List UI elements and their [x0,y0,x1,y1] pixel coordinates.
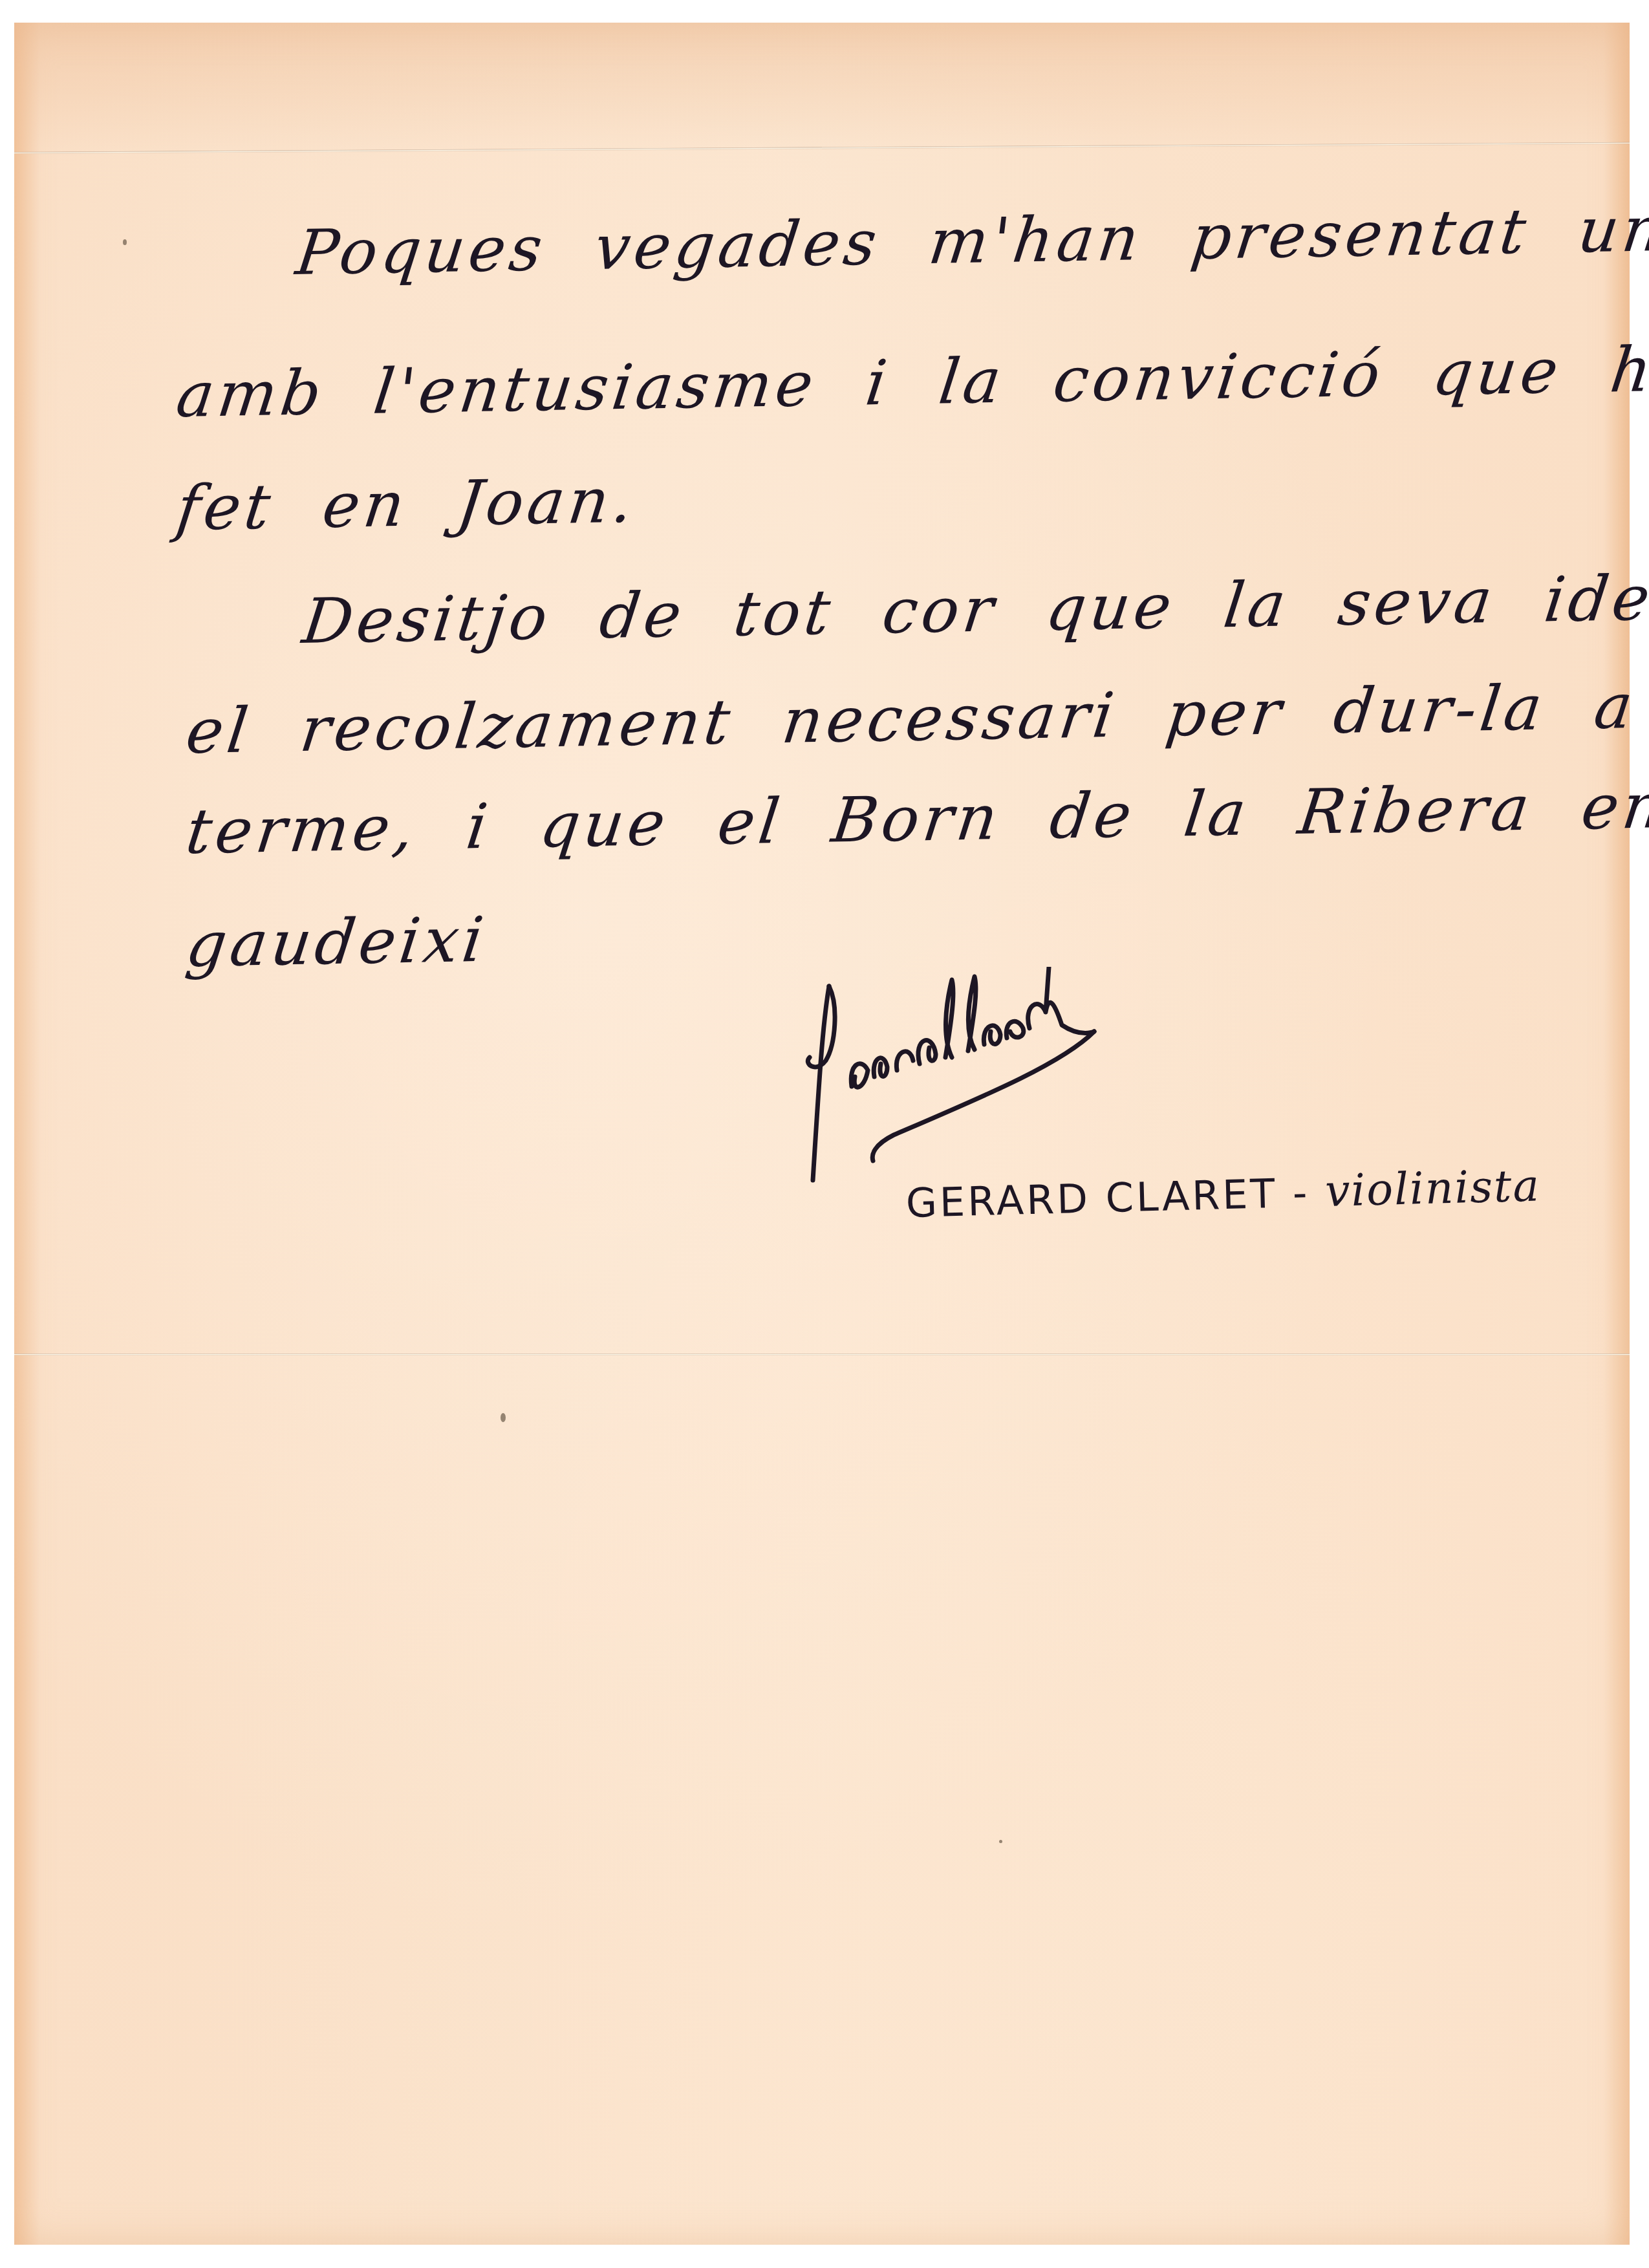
ink-speck [123,239,127,245]
letter-line-2: amb l'entusiasme i la convicció que ho h… [173,330,1649,431]
letter-line-4: Desitjo de tot cor que la seva idea trob… [299,557,1649,658]
signer-role: violinista [1324,1160,1541,1217]
letter-line-7: gaudeixi [182,903,491,981]
name-role-separator: - [1277,1169,1326,1217]
middle-fold-crease [14,1354,1630,1355]
ink-speck [501,1413,506,1422]
top-fold-crease [14,142,1630,154]
handwritten-signature [790,967,1282,1187]
letter-line-3: fet en Joan. [173,464,641,545]
letter-paper: Poques vegades m'han presentat un projec… [14,23,1630,2245]
letter-line-5: el recolzament necessari per dur-la a bo… [182,667,1649,768]
signature-stroke-icon [790,967,1282,1187]
letter-line-1: Poques vegades m'han presentat un projec… [292,187,1649,289]
ink-speck [999,1840,1002,1843]
signer-name: GERARD CLARET [905,1170,1278,1227]
letter-line-6: terme, i que el Born de la Ribera en [182,770,1649,868]
